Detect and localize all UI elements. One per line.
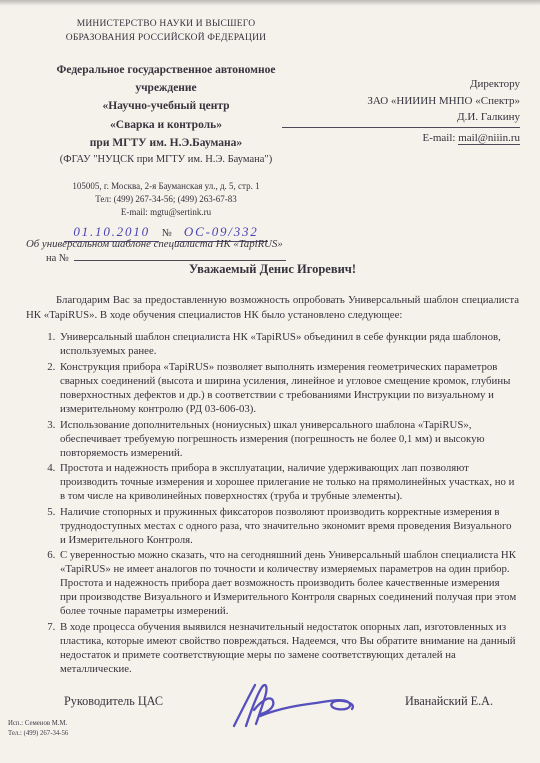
org-short-name: (ФГАУ "НУЦСК при МГТУ им. Н.Э. Баумана") — [24, 152, 308, 169]
letterhead-block: МИНИСТЕРСТВО НАУКИ И ВЫСШЕГО ОБРАЗОВАНИЯ… — [24, 18, 308, 264]
letter-body: Уважаемый Денис Игоревич! Благодарим Вас… — [26, 262, 519, 678]
handwritten-signature — [222, 674, 364, 729]
signature-block: Руководитель ЦАС Иванайский Е.А. — [26, 680, 519, 732]
org-phones: Тел: (499) 267-34-56; (499) 263-67-83 — [24, 193, 308, 206]
executor-phone: Тел.: (499) 267-34-56 — [8, 729, 68, 739]
signer-position: Руководитель ЦАС — [64, 694, 163, 709]
list-item: Универсальный шаблон специалиста НК «Tap… — [58, 330, 519, 358]
signer-name: Иванайский Е.А. — [405, 694, 493, 709]
scanned-letter-page: МИНИСТЕРСТВО НАУКИ И ВЫСШЕГО ОБРАЗОВАНИЯ… — [0, 0, 540, 763]
list-item: Наличие стопорных и пружинных фиксаторов… — [58, 505, 519, 547]
org-address: 105005, г. Москва, 2-я Бауманская ул., д… — [24, 180, 308, 193]
org-line: при МГТУ им. Н.Э.Баумана» — [24, 134, 308, 152]
list-item: Использование дополнительных (нониусных)… — [58, 418, 519, 460]
salutation: Уважаемый Денис Игоревич! — [26, 262, 519, 277]
org-line: «Научно-учебный центр — [24, 97, 308, 115]
blank-underline — [74, 251, 286, 261]
ministry-line-2: ОБРАЗОВАНИЯ РОССИЙСКОЙ ФЕДЕРАЦИИ — [24, 32, 308, 46]
org-line: Федеральное государственное автономное — [24, 61, 308, 79]
recipient-title: Директору — [282, 76, 520, 93]
org-line: «Сварка и контроль» — [24, 116, 308, 134]
intro-paragraph: Благодарим Вас за предоставленную возмож… — [26, 293, 519, 322]
subject-line: Об универсальном шаблоне специалиста НК … — [26, 238, 283, 250]
recipient-email-line: E-mail: mail@niiin.ru — [282, 128, 520, 147]
list-item: Конструкция прибора «TapiRUS» позволяет … — [58, 360, 519, 416]
list-item: С уверенностью можно сказать, что на сег… — [58, 548, 519, 618]
recipient-email-label: E-mail: — [422, 132, 458, 144]
findings-list: Универсальный шаблон специалиста НК «Tap… — [26, 330, 519, 676]
executor-name: Исп.: Семенов М.М. — [8, 719, 68, 729]
ministry-line-1: МИНИСТЕРСТВО НАУКИ И ВЫСШЕГО — [24, 18, 308, 32]
recipient-block: Директору ЗАО «НИИИН МНПО «Спектр» Д.И. … — [282, 76, 520, 146]
recipient-organization: ЗАО «НИИИН МНПО «Спектр» — [282, 93, 520, 110]
list-item: В ходе процесса обучения выявился незнач… — [58, 620, 519, 676]
executor-footer: Исп.: Семенов М.М. Тел.: (499) 267-34-56 — [8, 719, 68, 738]
list-item: Простота и надежность прибора в эксплуат… — [58, 461, 519, 503]
org-email: E-mail: mgtu@sertink.ru — [24, 206, 308, 219]
organization-name: Федеральное государственное автономное у… — [24, 61, 308, 170]
org-line: учреждение — [24, 79, 308, 97]
recipient-person: Д.И. Галкину — [282, 109, 520, 128]
org-contacts: 105005, г. Москва, 2-я Бауманская ул., д… — [24, 180, 308, 219]
recipient-email: mail@niiin.ru — [458, 132, 520, 145]
